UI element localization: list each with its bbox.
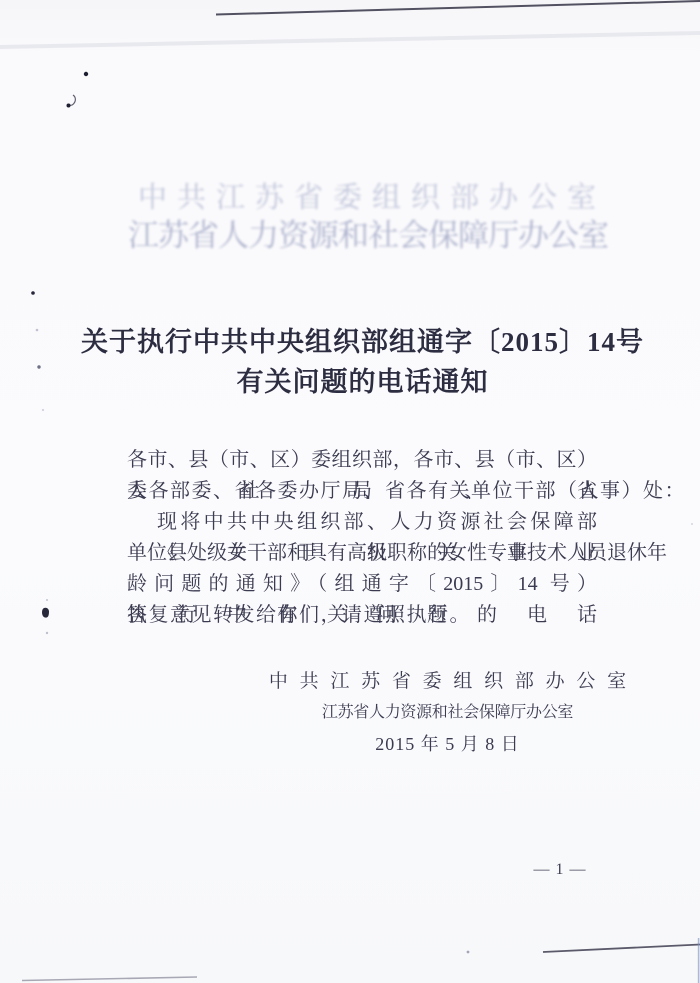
letterhead-ghost-line1: 中共江苏省委组织部办公室 [138,181,600,215]
body-line: 龄问题的通知》（组通字〔2015〕14 号）执行中有关问题的电话 [127,569,597,600]
document-title-line2: 有关问题的电话通知 [25,362,700,402]
body-line: 现将中共中央组织部、人力资源社会保障部《关于机关事业 [127,507,597,538]
scan-streak [0,33,700,47]
pen-squiggle [68,95,75,105]
ink-speck [84,72,88,76]
scanned-document-page: 中共江苏省委组织部办公室 江苏省人力资源和社会保障厅办公室 关于执行中共中央组织… [0,0,700,983]
ink-blot [42,608,49,618]
document-title-line1: 关于执行中共中央组织部组通字〔2015〕14号 [25,322,700,362]
ink-speck [31,291,35,295]
ink-speck [691,523,693,525]
signature-block: 中 共 江 苏 省 委 组 织 部 办 公 室 江苏省人力资源和社会保障厅办公室… [250,670,645,755]
signature-org2: 江苏省人力资源和社会保障厅办公室 [250,703,645,722]
ink-speck [467,951,470,954]
paper-top-edge [216,1,700,15]
body-line: 委各部委、省各委办厅局、省各有关单位干部（人事）处： [127,476,597,507]
document-body: 各市、县（市、区）委组织部，各市、县（市、区）人社局、省 委各部委、省各委办厅局… [127,445,597,631]
ink-speck [42,409,44,411]
page-number: — 1 — [518,861,602,879]
signature-org1: 中 共 江 苏 省 委 组 织 部 办 公 室 [254,670,646,693]
letterhead-ghost: 中共江苏省委组织部办公室 江苏省人力资源和社会保障厅办公室 [128,181,600,254]
paper-bottom-left-edge [22,977,197,981]
ink-speck [46,599,48,601]
letterhead-ghost-line2: 江苏省人力资源和社会保障厅办公室 [128,218,600,254]
paper-bottom-edge [543,945,700,953]
body-line: 各市、县（市、区）委组织部，各市、县（市、区）人社局、省 [127,445,597,476]
ink-speck [46,632,48,634]
signature-date: 2015 年 5 月 8 日 [250,734,645,755]
document-title: 关于执行中共中央组织部组通字〔2015〕14号 有关问题的电话通知 [25,322,700,402]
ink-speck [67,104,71,108]
body-line: 单位县处级女干部和具有高级职称的女性专业技术人员退休年 [127,538,597,569]
